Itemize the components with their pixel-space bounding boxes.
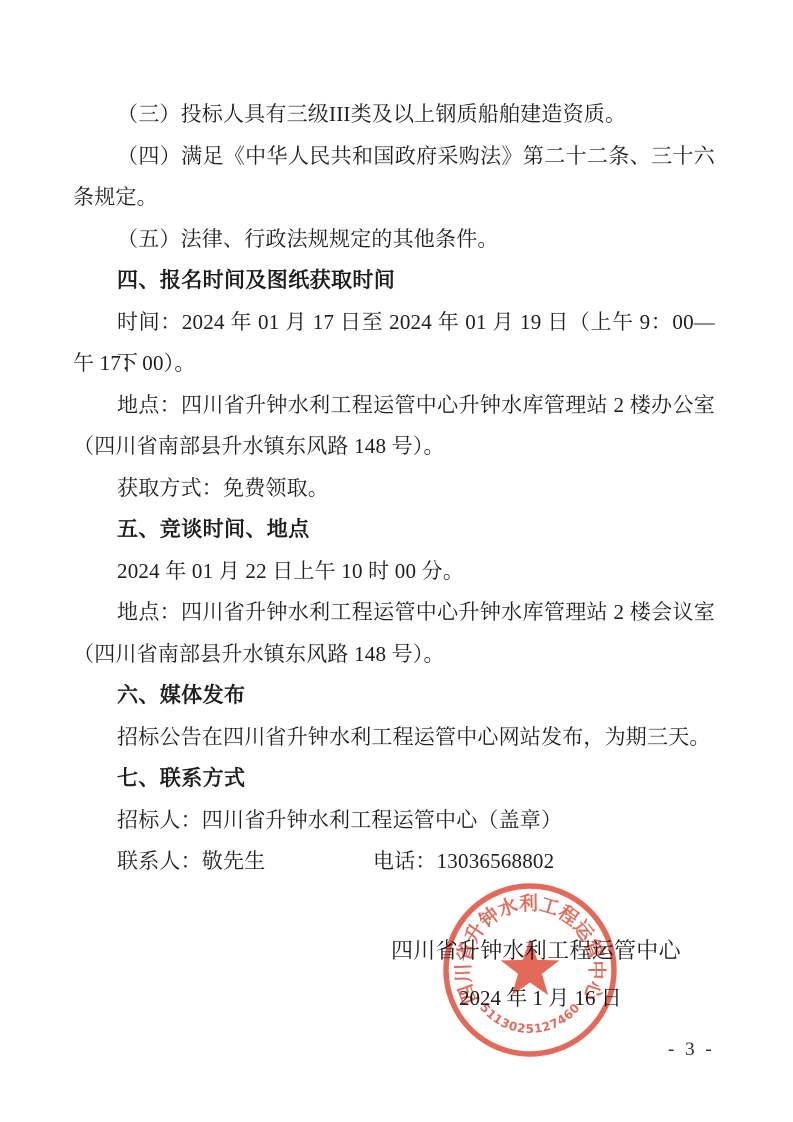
section-4-place-line-1: 地点：四川省升钟水利工程运管中心升钟水库管理站 2 楼办公室 xyxy=(73,385,715,427)
section-4-time-line-1: 时间：2024 年 01 月 17 日至 2024 年 01 月 19 日（上午… xyxy=(73,302,715,344)
section-5-time-line: 2024 年 01 月 22 日上午 10 时 00 分。 xyxy=(73,551,715,593)
section-6-media-line: 招标公告在四川省升钟水利工程运管中心网站发布，为期三天。 xyxy=(73,717,715,759)
section-5-place-line-2: （四川省南部县升水镇东风路 148 号）。 xyxy=(73,634,715,676)
section-4-heading: 四、报名时间及图纸获取时间 xyxy=(73,260,715,302)
section-6-heading: 六、媒体发布 xyxy=(73,675,715,717)
seal-ring xyxy=(446,886,614,1054)
signature-date: 2024 年 1 月 16 日 xyxy=(459,983,622,1013)
document-body: （三）投标人具有三级III类及以上钢质船舶建造资质。 （四）满足《中华人民共和国… xyxy=(73,94,715,883)
section-4-obtain-line: 获取方式：免费领取。 xyxy=(73,468,715,510)
clause-3-line: （三）投标人具有三级III类及以上钢质船舶建造资质。 xyxy=(73,94,715,136)
signature-org: 四川省升钟水利工程运管中心 xyxy=(391,936,681,966)
official-seal-stamp: 四川省升钟水利工程运管中心 5113025127460 xyxy=(441,881,619,1059)
section-7-heading: 七、联系方式 xyxy=(73,758,715,800)
tenderer-line: 招标人：四川省升钟水利工程运管中心（盖章） xyxy=(73,800,715,842)
page-number: - 3 - xyxy=(668,1039,715,1061)
section-5-place-line-1: 地点：四川省升钟水利工程运管中心升钟水库管理站 2 楼会议室 xyxy=(73,592,715,634)
clause-4-line-1: （四）满足《中华人民共和国政府采购法》第二十二条、三十六 xyxy=(73,136,715,178)
document-page: （三）投标人具有三级III类及以上钢质船舶建造资质。 （四）满足《中华人民共和国… xyxy=(0,0,793,1122)
section-4-place-line-2: （四川省南部县升水镇东风路 148 号）。 xyxy=(73,426,715,468)
contact-person: 联系人：敬先生 xyxy=(117,849,265,873)
clause-5-line: （五）法律、行政法规规定的其他条件。 xyxy=(73,219,715,261)
contact-row: 联系人：敬先生 电话：13036568802 xyxy=(73,841,715,883)
section-4-time-line-2: 午 17：00）。 xyxy=(73,343,715,385)
section-5-heading: 五、竞谈时间、地点 xyxy=(73,509,715,551)
contact-phone: 电话：13036568802 xyxy=(373,841,554,883)
clause-4-line-2: 条规定。 xyxy=(73,177,715,219)
